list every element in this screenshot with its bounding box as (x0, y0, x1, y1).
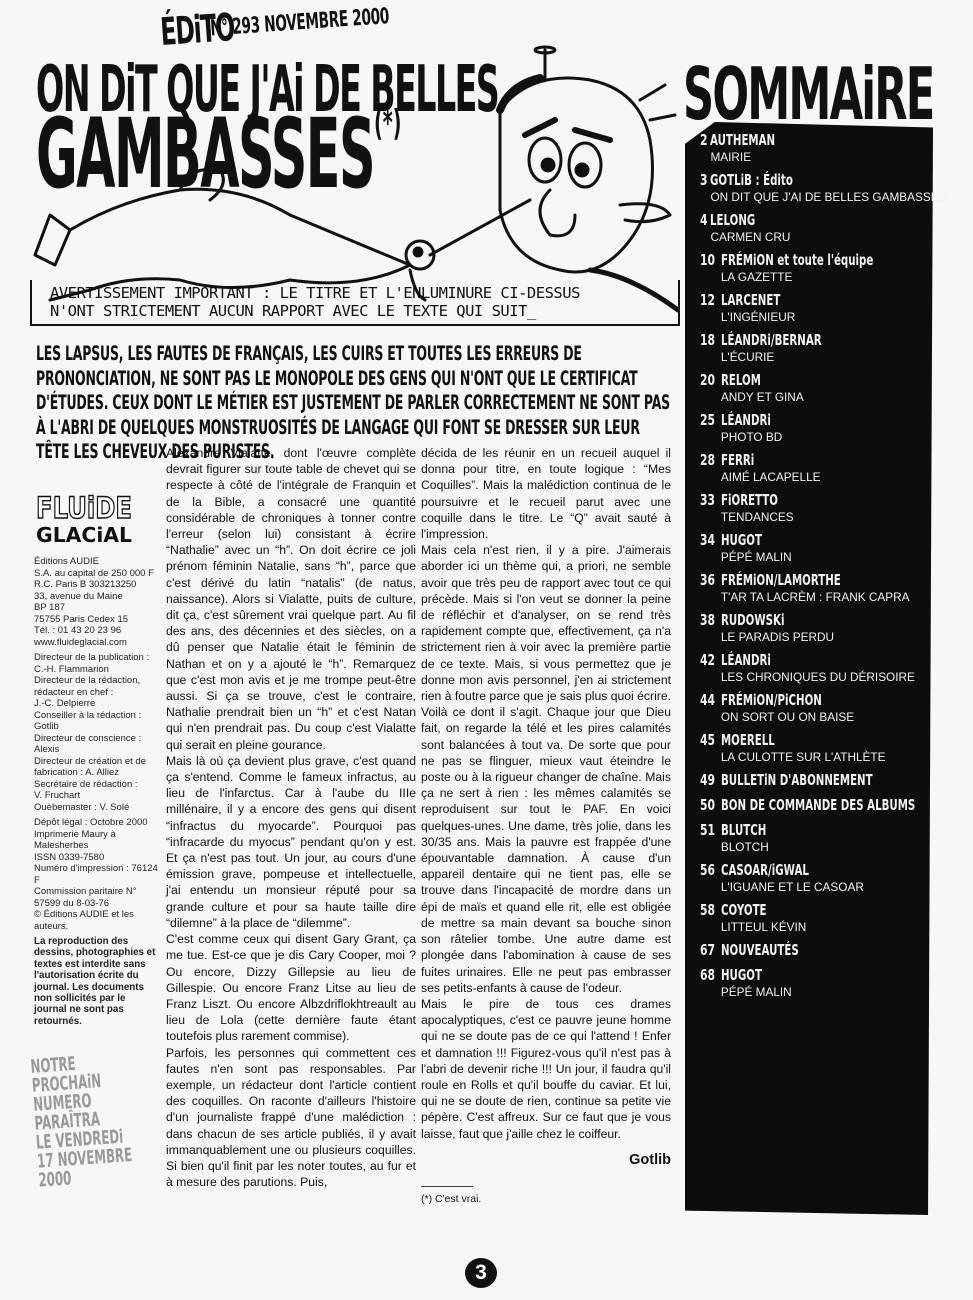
issue-label: N° 293 NOVEMBRE 2000 (210, 4, 390, 41)
paragraph: Parfois, les personnes qui commettent ce… (166, 1045, 416, 1191)
article-column-2: décida de les réunir en un recueil auque… (421, 445, 671, 1207)
toc-item[interactable]: 28FERRiAIMÉ LACAPELLE (700, 450, 940, 485)
toc-item[interactable]: 67NOUVEAUTÉS (700, 940, 940, 960)
paragraph: Mais là où ça devient plus grave, c'est … (166, 753, 416, 931)
toc-item[interactable]: 49BULLETiN D'ABONNEMENT (700, 770, 940, 790)
next-issue-notice: NOTRE PROCHAiN NUMERO PARAÎTRA LE VENDRE… (30, 1049, 169, 1191)
warning-line-2: N'ONT STRICTEMENT AUCUN RAPPORT AVEC LE … (50, 302, 580, 320)
masthead: Éditions AUDIE S.A. au capital de 250 00… (34, 556, 159, 1031)
toc-item[interactable]: 56CASOAR/iGWALL'IGUANE ET LE CASOAR (700, 860, 940, 895)
toc-item[interactable]: 34HUGOTPÉPÉ MALIN (700, 530, 940, 565)
sommaire-title: SOMMAiRE (683, 58, 933, 130)
toc-item[interactable]: 10FRÉMiON et toute l'équipeLA GAZETTE (700, 250, 940, 285)
publisher-info: Éditions AUDIE S.A. au capital de 250 00… (34, 556, 159, 648)
paragraph: C'est comme ceux qui disent Gary Grant, … (166, 931, 416, 1044)
website-link[interactable]: www.fluideglacial.com (34, 637, 127, 648)
fluide-glacial-logo: FLUiDE GLACiAL (34, 490, 134, 546)
toc-item[interactable]: 42LÉANDRiLES CHRONIQUES DU DÉRISOIRE (700, 650, 940, 685)
toc-item[interactable]: 3GOTLiB : ÉditoON DIT QUE J'AI DE BELLES… (700, 170, 940, 205)
paragraph: décida de les réunir en un recueil auque… (421, 445, 671, 542)
toc-item[interactable]: 44FRÉMiON/PiCHONON SORT OU ON BAISE (700, 690, 940, 725)
copyright-notice: La reproduction des dessins, photographi… (34, 936, 159, 1027)
toc-item[interactable]: 25LÉANDRiPHOTO BD (700, 410, 940, 445)
toc-item[interactable]: 18LÉANDRi/BERNARL'ÉCURIE (700, 330, 940, 365)
author-signature: Gotlib (421, 1152, 671, 1168)
toc-item[interactable]: 51BLUTCHBLOTCH (700, 820, 940, 855)
staff-info: Directeur de la publication : C.-H. Flam… (34, 652, 159, 813)
svg-text:FLUiDE: FLUiDE (36, 491, 132, 525)
toc-item[interactable]: 2AUTHEMANMAIRIE (700, 130, 940, 165)
toc-item[interactable]: 38RUDOWSKiLE PARADIS PERDU (700, 610, 940, 645)
toc-item[interactable]: 68HUGOTPÉPÉ MALIN (700, 965, 940, 1000)
toc-item[interactable]: 36FRÉMiON/LAMORTHET'AR TA LACRÈM : FRANK… (700, 570, 940, 605)
paragraph: Alexandre Vialatte, dont l'œuvre complèt… (166, 445, 416, 753)
toc-item[interactable]: 4LELONGCARMEN CRU (700, 210, 940, 245)
warning-text: AVERTISSEMENT IMPORTANT : LE TITRE ET L'… (50, 284, 580, 320)
toc-item[interactable]: 20RELOMANDY ET GINA (700, 370, 940, 405)
toc-item[interactable]: 12LARCENETL'INGÉNIEUR (700, 290, 940, 325)
warning-box: AVERTISSEMENT IMPORTANT : LE TITRE ET L'… (30, 280, 680, 326)
article-column-1: Alexandre Vialatte, dont l'œuvre complèt… (166, 445, 416, 1190)
toc-item[interactable]: 50BON DE COMMANDE DES ALBUMS (700, 795, 940, 815)
page-number: 3 (465, 1258, 497, 1288)
table-of-contents: 2AUTHEMANMAIRIE 3GOTLiB : ÉditoON DIT QU… (700, 130, 940, 1005)
toc-item[interactable]: 45MOERELLLA CULOTTE SUR L'ATHLÈTE (700, 730, 940, 765)
footnote: (*) C'est vrai. (421, 1191, 671, 1207)
toc-item[interactable]: 33FiORETTOTENDANCES (700, 490, 940, 525)
svg-text:GLACiAL: GLACiAL (36, 523, 132, 546)
warning-line-1: AVERTISSEMENT IMPORTANT : LE TITRE ET L'… (50, 284, 580, 302)
footnote-divider (421, 1186, 473, 1187)
legal-info: Dépôt légal : Octobre 2000 Imprimerie Ma… (34, 817, 159, 932)
paragraph: Mais le pire de tous ces drames apocalyp… (421, 996, 671, 1142)
paragraph: Mais cela n'est rien, il y a pire. J'aim… (421, 542, 671, 996)
toc-item[interactable]: 58COYOTELITTEUL KÉVIN (700, 900, 940, 935)
